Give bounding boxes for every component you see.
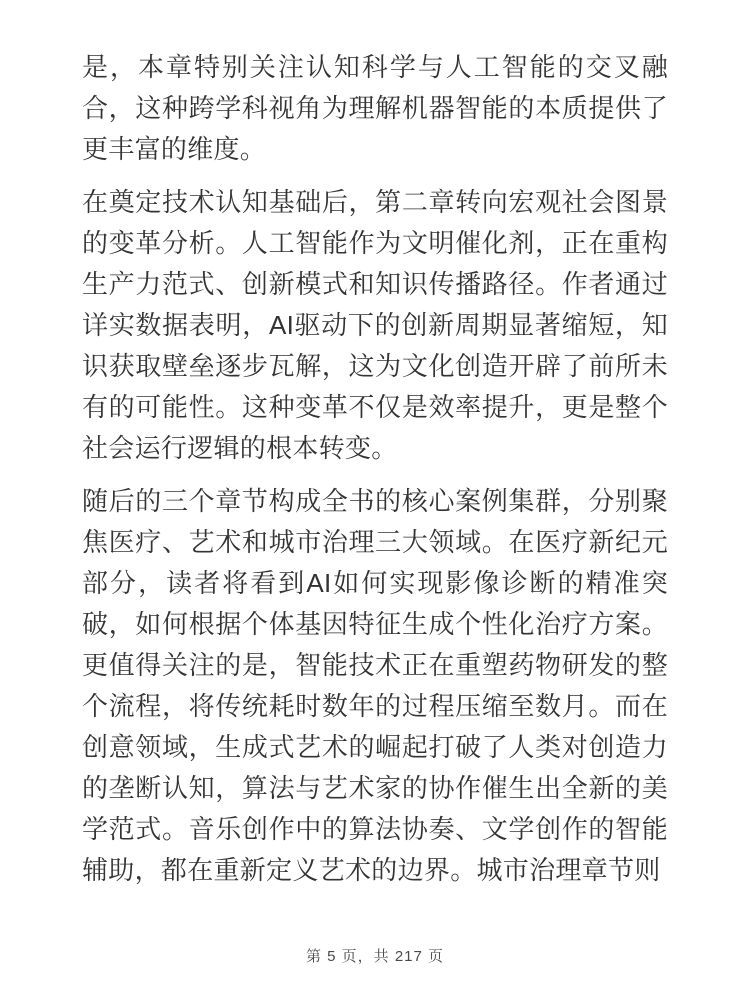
paragraph: 是，本章特别关注认知科学与人工智能的交叉融合，这种跨学科视角为理解机器智能的本质… (82, 47, 668, 170)
page-text-content: 是，本章特别关注认知科学与人工智能的交叉融合，这种跨学科视角为理解机器智能的本质… (82, 47, 668, 903)
page-indicator: 第 5 页，共 217 页 (0, 945, 750, 966)
document-page: 是，本章特别关注认知科学与人工智能的交叉融合，这种跨学科视角为理解机器智能的本质… (0, 0, 750, 1000)
paragraph: 在奠定技术认知基础后，第二章转向宏观社会图景的变革分析。人工智能作为文明催化剂，… (82, 182, 668, 469)
paragraph: 随后的三个章节构成全书的核心案例集群，分别聚焦医疗、艺术和城市治理三大领域。在医… (82, 481, 668, 891)
